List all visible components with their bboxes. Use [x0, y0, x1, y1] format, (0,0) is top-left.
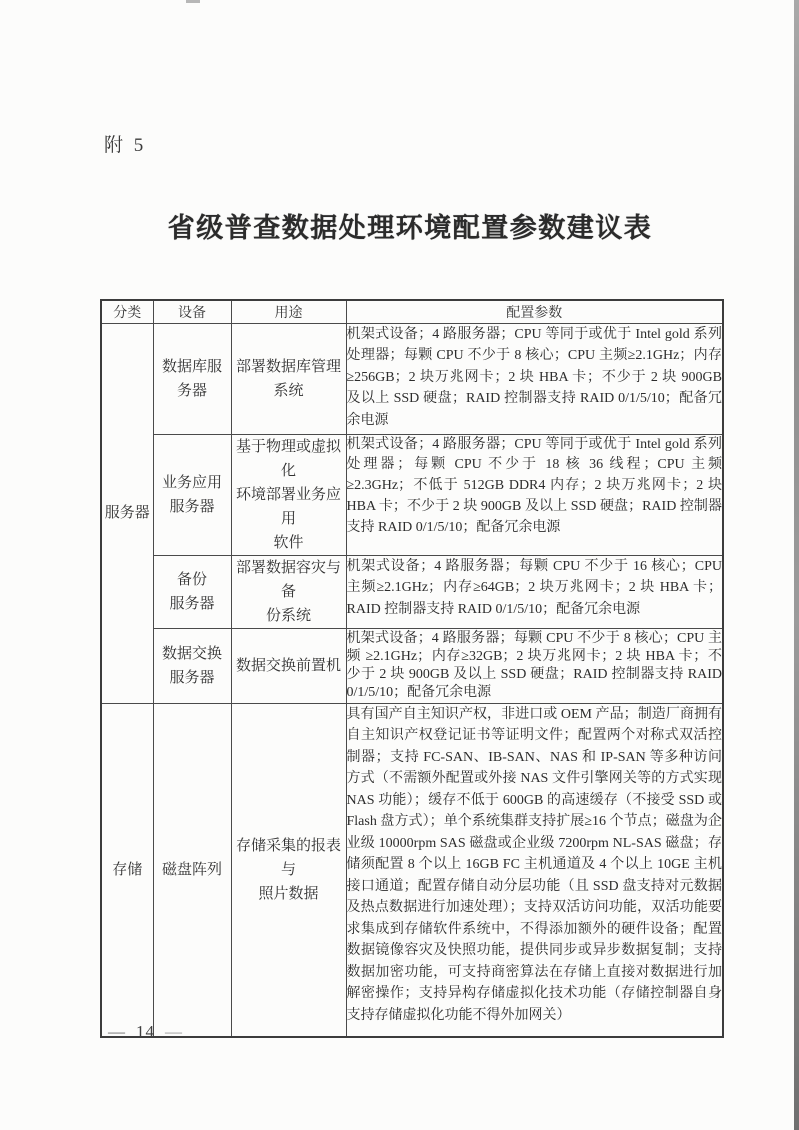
- purpose-cell-database-server: 部署数据库管理 系统: [231, 323, 346, 434]
- table-row-database-server: 服务器 数据库服 务器 部署数据库管理 系统 机架式设备；4 路服务器；CPU …: [101, 323, 723, 434]
- device-cell-application-server: 业务应用 服务器: [153, 434, 231, 555]
- scan-artifact: [186, 0, 200, 3]
- footer-dash-right: —: [155, 1022, 183, 1041]
- page-title: 省级普查数据处理环境配置参数建议表: [60, 206, 760, 245]
- config-cell-backup-server: 机架式设备；4 路服务器；每颗 CPU 不少于 16 核心；CPU 主频≥2.1…: [346, 555, 723, 628]
- footer-dash-left: —: [108, 1022, 136, 1041]
- device-cell-backup-server: 备份 服务器: [153, 555, 231, 628]
- table-row-backup-server: 备份 服务器 部署数据容灾与备 份系统 机架式设备；4 路服务器；每颗 CPU …: [101, 555, 723, 628]
- table-header-row: 分类 设备 用途 配置参数: [101, 300, 723, 323]
- page-number: 14: [136, 1022, 155, 1041]
- device-cell-disk-array: 磁盘阵列: [153, 703, 231, 1037]
- purpose-cell-exchange-server: 数据交换前置机: [231, 628, 346, 703]
- column-header-category: 分类: [101, 300, 153, 323]
- config-cell-disk-array: 具有国产自主知识产权，非进口或 OEM 产品；制造厂商拥有自主知识产权登记证书等…: [346, 703, 723, 1037]
- column-header-device: 设备: [153, 300, 231, 323]
- column-header-purpose: 用途: [231, 300, 346, 323]
- purpose-cell-application-server: 基于物理或虚拟化 环境部署业务应用 软件: [231, 434, 346, 555]
- attachment-label: 附 5: [104, 130, 146, 157]
- device-cell-database-server: 数据库服 务器: [153, 323, 231, 434]
- category-cell-server: 服务器: [101, 323, 153, 703]
- page-footer: —14—: [108, 1022, 183, 1042]
- device-cell-exchange-server: 数据交换 服务器: [153, 628, 231, 703]
- config-cell-exchange-server: 机架式设备；4 路服务器；每颗 CPU 不少于 8 核心；CPU 主频 ≥2.1…: [346, 628, 723, 703]
- config-cell-database-server: 机架式设备；4 路服务器；CPU 等同于或优于 Intel gold 系列处理器…: [346, 323, 723, 434]
- purpose-cell-disk-array: 存储采集的报表与 照片数据: [231, 703, 346, 1037]
- table-row-disk-array: 存储 磁盘阵列 存储采集的报表与 照片数据 具有国产自主知识产权，非进口或 OE…: [101, 703, 723, 1037]
- config-parameters-table: 分类 设备 用途 配置参数 服务器 数据库服 务器 部署数据库管理 系统 机架式…: [100, 299, 724, 1038]
- column-header-config: 配置参数: [346, 300, 723, 323]
- table-row-application-server: 业务应用 服务器 基于物理或虚拟化 环境部署业务应用 软件 机架式设备；4 路服…: [101, 434, 723, 555]
- config-cell-application-server: 机架式设备；4 路服务器；CPU 等同于或优于 Intel gold 系列处理器…: [346, 434, 723, 555]
- scan-edge-shadow: [794, 0, 799, 1130]
- scanned-document-page: 附 5 省级普查数据处理环境配置参数建议表 分类 设备 用途 配置参数 服务器 …: [0, 0, 799, 1130]
- purpose-cell-backup-server: 部署数据容灾与备 份系统: [231, 555, 346, 628]
- category-cell-storage: 存储: [101, 703, 153, 1037]
- table-row-exchange-server: 数据交换 服务器 数据交换前置机 机架式设备；4 路服务器；每颗 CPU 不少于…: [101, 628, 723, 703]
